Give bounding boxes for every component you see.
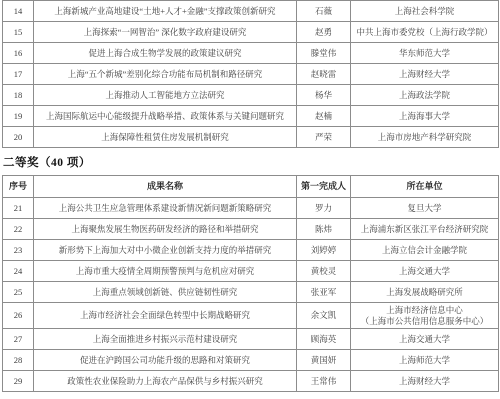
row-number: 26 <box>3 303 34 329</box>
row-number: 22 <box>3 219 34 240</box>
table-row: 22上海聚焦发展生物医药研发经济的路径和举措研究陈炜上海浦东新区张江平台经济研究… <box>3 219 499 240</box>
work-unit: 上海财经大学 <box>351 371 499 392</box>
award-document-page: 14上海新城产业高地建设“土地+人才+金融”支撑政策创新研究石薇上海社会科学院1… <box>0 0 500 399</box>
col-header-work-unit: 所在单位 <box>351 176 499 198</box>
work-unit: 华东师范大学 <box>351 43 499 64</box>
first-author: 赵勇 <box>297 22 351 43</box>
work-unit: 上海财经大学 <box>351 64 499 85</box>
col-header-first-author: 第一完成人 <box>297 176 351 198</box>
first-author: 王常伟 <box>297 371 351 392</box>
table-row: 29政策性农业保险助力上海农产品保供与乡村振兴研究王常伟上海财经大学 <box>3 371 499 392</box>
first-author: 赵晓雷 <box>297 64 351 85</box>
table-row: 28促进在沪跨国公司功能升级的思路和对策研究黄国妍上海师范大学 <box>3 350 499 371</box>
work-unit: 上海社会科学院 <box>351 1 499 22</box>
table-row: 18上海推动人工智能地方立法研究杨华上海政法学院 <box>3 85 499 106</box>
first-author: 滕堂伟 <box>297 43 351 64</box>
second-prize-table: 序号 成果名称 第一完成人 所在单位 21上海公共卫生应急管理体系建设新情况新问… <box>2 175 499 392</box>
table-row: 14上海新城产业高地建设“土地+人才+金融”支撑政策创新研究石薇上海社会科学院 <box>3 1 499 22</box>
col-header-result-title: 成果名称 <box>34 176 297 198</box>
result-title: 新形势下上海加大对中小微企业创新支持力度的举措研究 <box>34 240 297 261</box>
result-title: 上海聚焦发展生物医药研发经济的路径和举措研究 <box>34 219 297 240</box>
work-unit: 上海交通大学 <box>351 261 499 282</box>
table-row: 24上海市重大疫情全周期预警预判与危机应对研究黄校灵上海交通大学 <box>3 261 499 282</box>
result-title: 上海保障性租赁住房发展机制研究 <box>34 127 297 148</box>
result-title: 上海“五个新城”差别化综合功能布局机制和路径研究 <box>34 64 297 85</box>
work-unit: 上海浦东新区张江平台经济研究院 <box>351 219 499 240</box>
result-title: 促进在沪跨国公司功能升级的思路和对策研究 <box>34 350 297 371</box>
row-number: 28 <box>3 350 34 371</box>
first-author: 顾海英 <box>297 329 351 350</box>
first-author: 陈炜 <box>297 219 351 240</box>
table-row: 25上海重点领域创新链、供应链韧性研究张亚军上海发展战略研究所 <box>3 282 499 303</box>
work-unit: 上海发展战略研究所 <box>351 282 499 303</box>
result-title: 促进上海合成生物学发展的政策建议研究 <box>34 43 297 64</box>
work-unit: 上海市经济信息中心 （上海市公共信用信息服务中心） <box>351 303 499 329</box>
result-title: 上海全面推进乡村振兴示范村建设研究 <box>34 329 297 350</box>
first-author: 余文凯 <box>297 303 351 329</box>
row-number: 24 <box>3 261 34 282</box>
table-row: 17上海“五个新城”差别化综合功能布局机制和路径研究赵晓雷上海财经大学 <box>3 64 499 85</box>
table-header-row: 序号 成果名称 第一完成人 所在单位 <box>3 176 499 198</box>
section-title-second-prize: 二等奖（40 项） <box>2 148 498 175</box>
table-row: 23新形势下上海加大对中小微企业创新支持力度的举措研究刘婷婷上海立信会计金融学院 <box>3 240 499 261</box>
first-author: 黄国妍 <box>297 350 351 371</box>
result-title: 上海国际航运中心能级提升战略举措、政策体系与关键问题研究 <box>34 106 297 127</box>
table-row: 15上海探索“一网智治” 深化数字政府建设研究赵勇中共上海市委党校（上海行政学院… <box>3 22 499 43</box>
result-title: 上海探索“一网智治” 深化数字政府建设研究 <box>34 22 297 43</box>
row-number: 14 <box>3 1 34 22</box>
col-header-index: 序号 <box>3 176 34 198</box>
result-title: 上海新城产业高地建设“土地+人才+金融”支撑政策创新研究 <box>34 1 297 22</box>
result-title: 上海公共卫生应急管理体系建设新情况新问题新策略研究 <box>34 198 297 219</box>
work-unit: 上海政法学院 <box>351 85 499 106</box>
first-author: 刘婷婷 <box>297 240 351 261</box>
result-title: 上海市重大疫情全周期预警预判与危机应对研究 <box>34 261 297 282</box>
row-number: 27 <box>3 329 34 350</box>
result-title: 上海市经济社会全面绿色转型中长期战略研究 <box>34 303 297 329</box>
work-unit: 上海立信会计金融学院 <box>351 240 499 261</box>
row-number: 20 <box>3 127 34 148</box>
first-author: 赵楠 <box>297 106 351 127</box>
row-number: 18 <box>3 85 34 106</box>
table-row: 20上海保障性租赁住房发展机制研究严荣上海市房地产科学研究院 <box>3 127 499 148</box>
first-author: 杨华 <box>297 85 351 106</box>
first-author: 石薇 <box>297 1 351 22</box>
first-author: 严荣 <box>297 127 351 148</box>
row-number: 16 <box>3 43 34 64</box>
work-unit: 上海海事大学 <box>351 106 499 127</box>
table-row: 16促进上海合成生物学发展的政策建议研究滕堂伟华东师范大学 <box>3 43 499 64</box>
work-unit: 上海师范大学 <box>351 350 499 371</box>
first-prize-table-continued: 14上海新城产业高地建设“土地+人才+金融”支撑政策创新研究石薇上海社会科学院1… <box>2 0 499 148</box>
result-title: 上海推动人工智能地方立法研究 <box>34 85 297 106</box>
row-number: 15 <box>3 22 34 43</box>
first-author: 黄校灵 <box>297 261 351 282</box>
work-unit: 上海交通大学 <box>351 329 499 350</box>
row-number: 19 <box>3 106 34 127</box>
work-unit: 复旦大学 <box>351 198 499 219</box>
row-number: 23 <box>3 240 34 261</box>
table-row: 21上海公共卫生应急管理体系建设新情况新问题新策略研究罗力复旦大学 <box>3 198 499 219</box>
result-title: 上海重点领域创新链、供应链韧性研究 <box>34 282 297 303</box>
row-number: 25 <box>3 282 34 303</box>
row-number: 17 <box>3 64 34 85</box>
table-row: 27上海全面推进乡村振兴示范村建设研究顾海英上海交通大学 <box>3 329 499 350</box>
work-unit: 中共上海市委党校（上海行政学院） <box>351 22 499 43</box>
table-row: 26上海市经济社会全面绿色转型中长期战略研究余文凯上海市经济信息中心 （上海市公… <box>3 303 499 329</box>
work-unit: 上海市房地产科学研究院 <box>351 127 499 148</box>
table-row: 19上海国际航运中心能级提升战略举措、政策体系与关键问题研究赵楠上海海事大学 <box>3 106 499 127</box>
first-author: 张亚军 <box>297 282 351 303</box>
row-number: 21 <box>3 198 34 219</box>
result-title: 政策性农业保险助力上海农产品保供与乡村振兴研究 <box>34 371 297 392</box>
row-number: 29 <box>3 371 34 392</box>
first-author: 罗力 <box>297 198 351 219</box>
